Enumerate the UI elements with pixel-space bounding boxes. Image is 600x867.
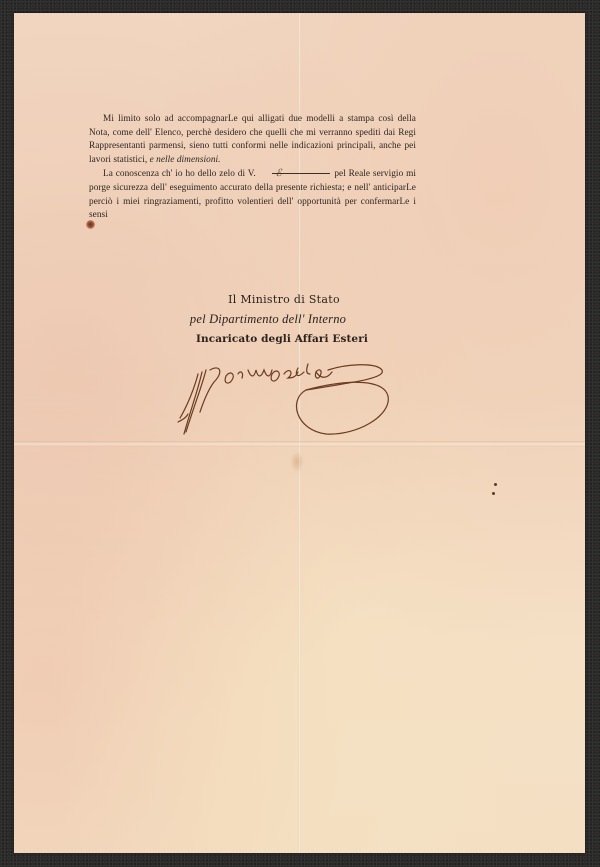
paper-stain xyxy=(290,451,304,473)
paragraph-1: Mi limito solo ad accompagnarLe qui alli… xyxy=(89,113,416,167)
horizontal-fold-crease xyxy=(14,441,585,447)
fill-in-blank-line xyxy=(272,173,330,174)
handwritten-signature xyxy=(176,360,406,440)
paragraph-2: La conoscenza ch' io ho dello zelo di V.… xyxy=(89,167,416,222)
handwritten-mark: ℰ xyxy=(262,167,270,181)
paragraph-1-text: Mi limito solo ad accompagnarLe qui alli… xyxy=(89,114,416,165)
minister-title: Il Ministro di Stato xyxy=(168,293,400,306)
paragraph-1-italic: e nelle dimensioni. xyxy=(150,155,221,165)
letter-body: Mi limito solo ad accompagnarLe qui alli… xyxy=(89,113,416,223)
signature-block: Il Ministro di Stato pel Dipartimento de… xyxy=(150,293,400,345)
paper-speck xyxy=(494,483,497,486)
department-line: pel Dipartimento dell' Interno xyxy=(136,312,400,327)
paper-speck xyxy=(492,492,495,495)
paragraph-2-text-start: La conoscenza ch' io ho dello zelo di V. xyxy=(103,169,259,179)
foreign-affairs-line: Incaricato degli Affari Esteri xyxy=(164,333,400,345)
